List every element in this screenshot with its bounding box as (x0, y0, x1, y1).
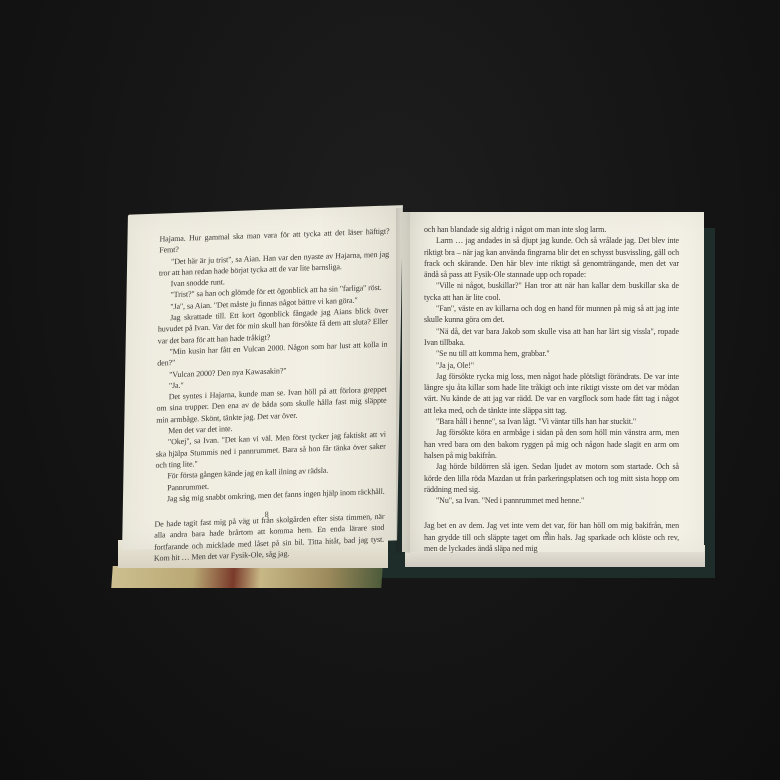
paragraph: Jag hörde bildörren slå igen. Sedan ljud… (424, 461, 679, 495)
paragraph: "Nu", sa Ivan. "Ned i pannrummet med hen… (424, 495, 679, 506)
page-number: 8 (265, 510, 269, 519)
paragraph: "Nä då, det var bara Jakob som skulle vi… (424, 326, 679, 349)
paragraph: och han blandade sig aldrig i något om m… (424, 224, 679, 235)
open-book: Hajama. Hur gammal ska man vara för att … (0, 0, 780, 780)
page-number: 9 (545, 530, 549, 539)
paragraph: De hade tagit fast mig på väg ut från sk… (154, 511, 385, 564)
cover-edge-decorated (111, 566, 383, 588)
paragraph: "Ja ja, Ole!" (424, 360, 679, 371)
paragraph: Jag försökte köra en armbåge i sidan på … (424, 427, 679, 461)
paragraph: "Bara håll i henne", sa Ivan lågt. "Vi v… (424, 416, 679, 427)
paragraph: Larm … jag andades in så djupt jag kunde… (424, 235, 679, 280)
paragraph: "Se nu till att komma hem, grabbar." (424, 348, 679, 359)
paragraph: "Ville ni något, buskillar?" Han tror at… (424, 280, 679, 303)
left-page-text: Hajama. Hur gammal ska man vara för att … (154, 226, 390, 565)
right-page-text: och han blandade sig aldrig i något om m… (424, 224, 679, 554)
right-page: och han blandade sig aldrig i något om m… (402, 212, 704, 552)
paragraph: Jag bet en av dem. Jag vet inte vem det … (424, 520, 679, 554)
paragraph: Jag försökte rycka mig loss, men något h… (424, 371, 679, 416)
paragraph: "Fan", väste en av killarna och dog en h… (424, 303, 679, 326)
book-gutter (396, 208, 410, 553)
left-page: Hajama. Hur gammal ska man vara för att … (122, 205, 403, 550)
